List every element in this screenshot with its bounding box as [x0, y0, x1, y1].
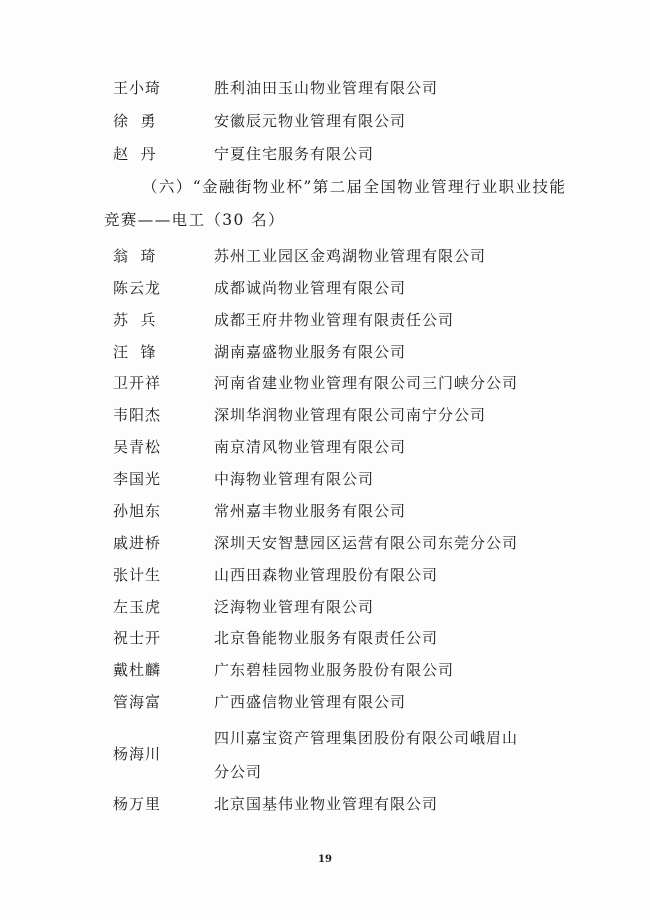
- page-number: 19: [0, 854, 650, 865]
- organization-name: 中海物业管理有限公司: [214, 467, 374, 491]
- person-name: 孙旭东: [113, 499, 203, 523]
- person-name: 张计生: [113, 563, 203, 587]
- person-name: 苏 兵: [113, 308, 203, 332]
- list-item: 左玉虎 泛海物业管理有限公司: [0, 595, 650, 619]
- organization-name: 胜利油田玉山物业管理有限公司: [214, 76, 438, 100]
- organization-name: 成都王府井物业管理有限责任公司: [214, 308, 454, 332]
- list-item-org-line2: 分公司: [0, 760, 650, 784]
- organization-name: 山西田森物业管理股份有限公司: [214, 563, 438, 587]
- person-name: 管海富: [113, 690, 203, 714]
- organization-name: 成都诚尚物业管理有限公司: [214, 276, 406, 300]
- list-item: 汪 锋 湖南嘉盛物业服务有限公司: [0, 340, 650, 364]
- list-item: 戚进桥 深圳天安智慧园区运营有限公司东莞分公司: [0, 531, 650, 555]
- list-item: 张计生 山西田森物业管理股份有限公司: [0, 563, 650, 587]
- person-name: 汪 锋: [113, 340, 203, 364]
- list-item: 赵 丹 宁夏住宅服务有限公司: [0, 142, 650, 166]
- organization-name: 北京鲁能物业服务有限责任公司: [214, 626, 438, 650]
- person-name: 戴杜麟: [113, 658, 203, 682]
- person-name: 翁 琦: [113, 244, 203, 268]
- list-item: 韦阳杰 深圳华润物业管理有限公司南宁分公司: [0, 403, 650, 427]
- organization-name: 北京国基伟业物业管理有限公司: [214, 792, 438, 816]
- list-item: 李国光 中海物业管理有限公司: [0, 467, 650, 491]
- organization-name: 苏州工业园区金鸡湖物业管理有限公司: [214, 244, 486, 268]
- person-name: 卫开祥: [113, 371, 203, 395]
- organization-name: 广东碧桂园物业服务股份有限公司: [214, 658, 454, 682]
- person-name: 杨万里: [113, 792, 203, 816]
- list-item: 翁 琦 苏州工业园区金鸡湖物业管理有限公司: [0, 244, 650, 268]
- list-item: 徐 勇 安徽辰元物业管理有限公司: [0, 109, 650, 133]
- section-heading-line1: （六）“金融街物业杯”第二届全国物业管理行业职业技能: [142, 175, 566, 199]
- person-name: 戚进桥: [113, 531, 203, 555]
- organization-name-continued: 分公司: [214, 760, 262, 784]
- organization-name: 深圳华润物业管理有限公司南宁分公司: [214, 403, 486, 427]
- organization-name: 广西盛信物业管理有限公司: [214, 690, 406, 714]
- person-name: 徐 勇: [113, 109, 203, 133]
- organization-name: 河南省建业物业管理有限公司三门峡分公司: [214, 371, 518, 395]
- person-name: 陈云龙: [113, 276, 203, 300]
- person-name: 王小琦: [113, 76, 203, 100]
- person-name: 吴青松: [113, 435, 203, 459]
- person-name: 李国光: [113, 467, 203, 491]
- list-item: 管海富 广西盛信物业管理有限公司: [0, 690, 650, 714]
- list-item: 杨万里 北京国基伟业物业管理有限公司: [0, 792, 650, 816]
- person-name: 左玉虎: [113, 595, 203, 619]
- person-name: 祝士开: [113, 626, 203, 650]
- person-name: 韦阳杰: [113, 403, 203, 427]
- organization-name: 深圳天安智慧园区运营有限公司东莞分公司: [214, 531, 518, 555]
- list-item: 苏 兵 成都王府井物业管理有限责任公司: [0, 308, 650, 332]
- document-page: 王小琦 胜利油田玉山物业管理有限公司 徐 勇 安徽辰元物业管理有限公司 赵 丹 …: [0, 0, 650, 920]
- organization-name: 泛海物业管理有限公司: [214, 595, 374, 619]
- list-item: 王小琦 胜利油田玉山物业管理有限公司: [0, 76, 650, 100]
- list-item: 祝士开 北京鲁能物业服务有限责任公司: [0, 626, 650, 650]
- organization-name: 湖南嘉盛物业服务有限公司: [214, 340, 406, 364]
- list-item: 卫开祥 河南省建业物业管理有限公司三门峡分公司: [0, 371, 650, 395]
- list-item: 陈云龙 成都诚尚物业管理有限公司: [0, 276, 650, 300]
- list-item: 孙旭东 常州嘉丰物业服务有限公司: [0, 499, 650, 523]
- organization-name: 常州嘉丰物业服务有限公司: [214, 499, 406, 523]
- list-item: 戴杜麟 广东碧桂园物业服务股份有限公司: [0, 658, 650, 682]
- organization-name: 南京清风物业管理有限公司: [214, 435, 406, 459]
- organization-name: 宁夏住宅服务有限公司: [214, 142, 374, 166]
- list-item: 吴青松 南京清风物业管理有限公司: [0, 435, 650, 459]
- section-heading-line2: 竞赛——电工（30 名）: [104, 208, 285, 232]
- organization-name: 安徽辰元物业管理有限公司: [214, 109, 406, 133]
- person-name: 赵 丹: [113, 142, 203, 166]
